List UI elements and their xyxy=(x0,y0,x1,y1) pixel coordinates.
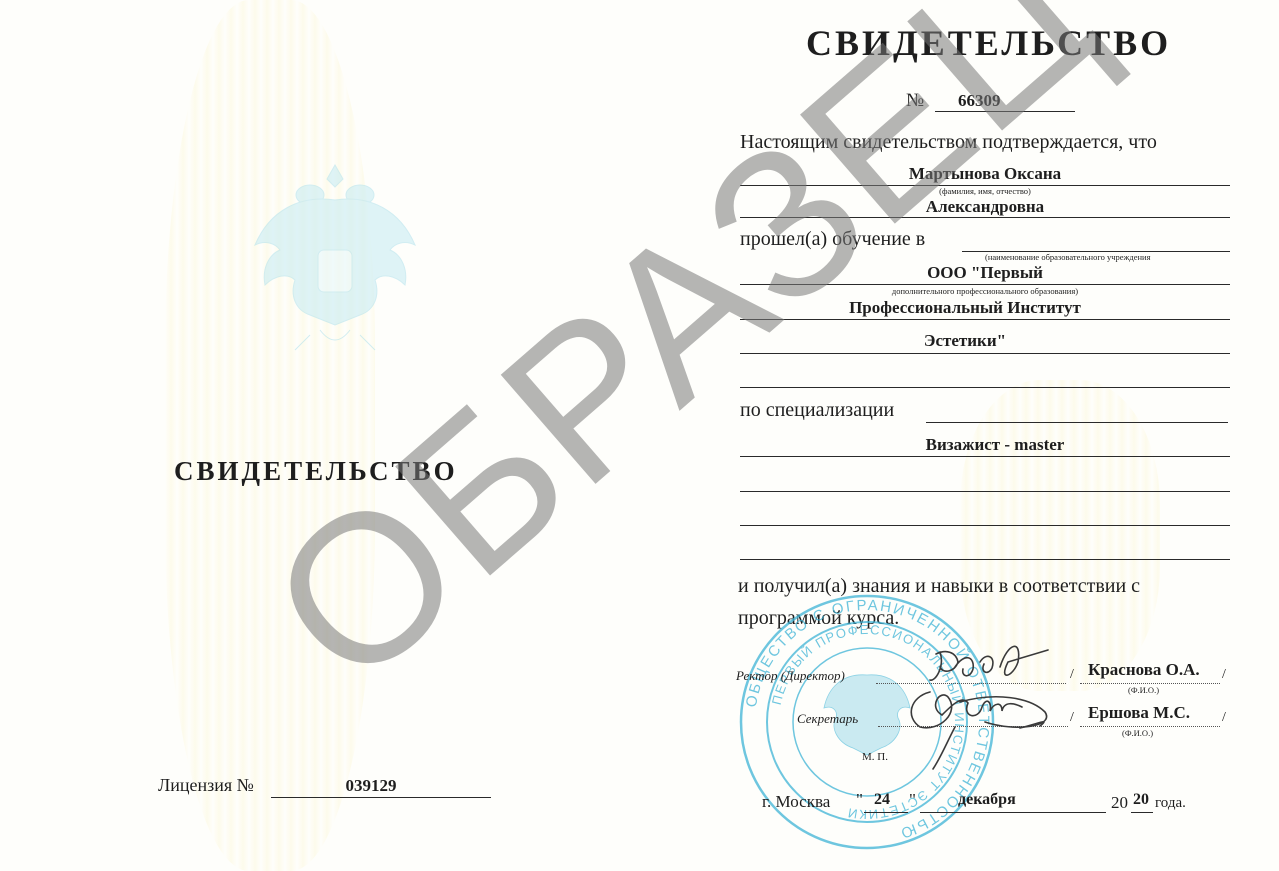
number-label: № xyxy=(906,90,924,112)
number-underline xyxy=(935,111,1075,112)
seal-placeholder-label: М. П. xyxy=(862,751,888,763)
institution-line3: Эстетики" xyxy=(720,331,1210,351)
institution-caption-2: дополнительного профессионального образо… xyxy=(740,286,1230,296)
holder-name-line2: Александровна xyxy=(740,197,1230,217)
name-caption: (фамилия, имя, отчество) xyxy=(740,186,1230,196)
rector-label: Ректор (Директор) xyxy=(736,668,845,684)
cover-title: СВИДЕТЕЛЬСТВО xyxy=(174,456,458,487)
trained-at-label: прошел(а) обучение в xyxy=(740,228,925,251)
date-year-prefix: 20 xyxy=(1111,793,1128,813)
date-year-word: года. xyxy=(1155,795,1186,812)
rector-name: Краснова О.А. xyxy=(1088,660,1200,680)
specialization-label: по специализации xyxy=(740,399,894,422)
date-day: 24 xyxy=(874,791,890,809)
license-underline xyxy=(271,797,491,798)
institution-line1: ООО "Первый xyxy=(740,263,1230,283)
date-year-suffix: 20 xyxy=(1133,791,1149,809)
certificate-spread: СВИДЕТЕЛЬСТВО Лицензия № 039129 СВИДЕТЕЛ… xyxy=(0,0,1279,871)
license-label: Лицензия № xyxy=(158,775,254,796)
institution-line2: Профессиональный Институт xyxy=(720,298,1210,318)
double-headed-eagle-icon xyxy=(240,155,430,365)
secretary-fio-caption: (Ф.И.О.) xyxy=(1122,728,1153,738)
specialization-value: Визажист - master xyxy=(750,435,1240,455)
city: г. Москва xyxy=(762,792,830,812)
date-month: декабря xyxy=(958,791,1016,809)
certificate-title: СВИДЕТЕЛЬСТВО xyxy=(806,22,1171,64)
holder-name-line1: Мартынова Оксана xyxy=(740,164,1230,184)
intro-text: Настоящим свидетельством подтверждается,… xyxy=(740,131,1157,154)
certificate-number: 66309 xyxy=(958,91,1001,111)
license-number: 039129 xyxy=(271,776,471,796)
guilloche-pattern-left xyxy=(165,0,375,871)
institution-caption-1: (наименование образовательного учреждени… xyxy=(985,252,1151,262)
secretary-name: Ершова М.С. xyxy=(1088,703,1190,723)
secretary-label: Секретарь xyxy=(797,711,858,727)
rector-fio-caption: (Ф.И.О.) xyxy=(1128,685,1159,695)
